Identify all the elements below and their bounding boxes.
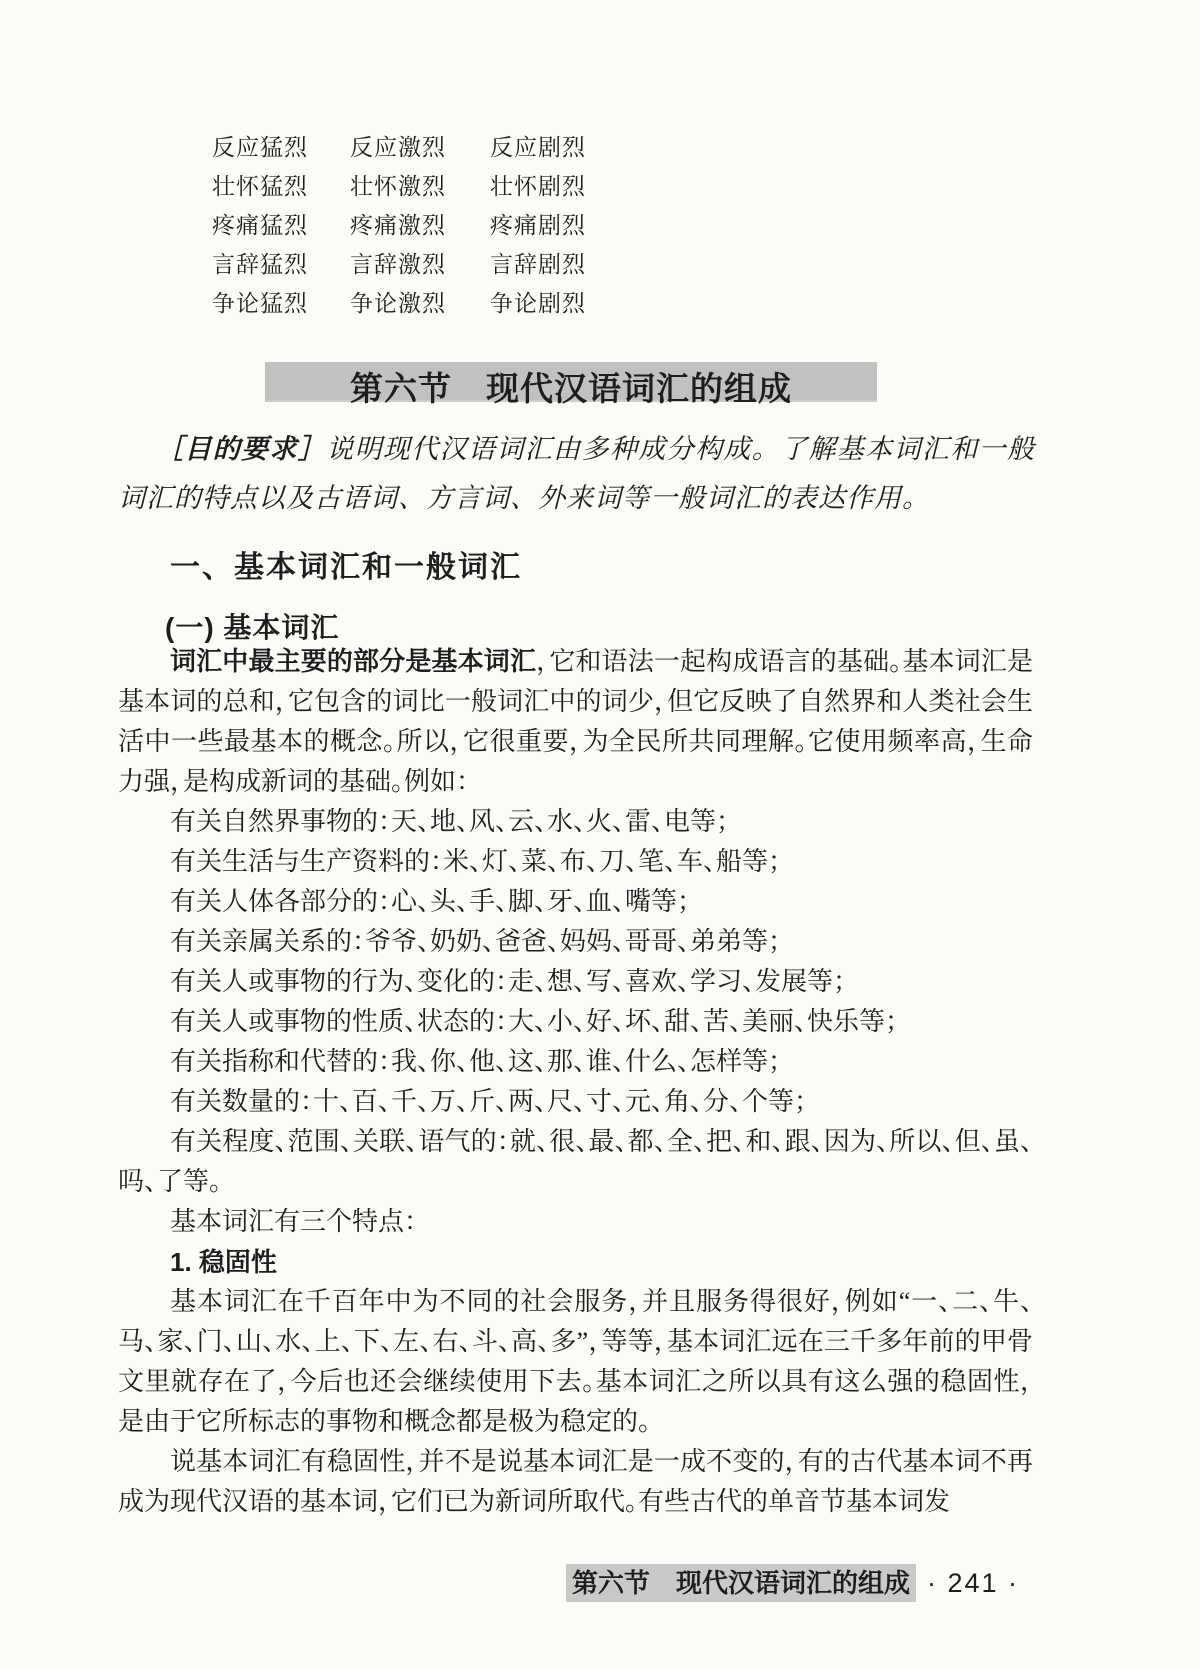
- table-cell: 言辞激烈: [350, 245, 490, 284]
- bold-lead: 词汇中最主要的部分是基本词汇: [170, 646, 536, 676]
- table-cell: 争论猛烈: [212, 284, 350, 323]
- table-cell: 争论剧烈: [490, 284, 586, 323]
- table-row: 反应猛烈 反应激烈 反应剧烈: [212, 128, 586, 167]
- heading-basic-and-general-vocabulary: 一、基本词汇和一般词汇: [170, 548, 522, 588]
- example-line: 有关人或事物的性质、状态的：大、小、好、坏、甜、苦、美丽、快乐等；: [118, 1002, 1033, 1042]
- section-title: 第六节 现代汉语词汇的组成: [265, 369, 877, 409]
- table-row: 壮怀猛烈 壮怀激烈 壮怀剧烈: [212, 167, 586, 206]
- table-cell: 壮怀剧烈: [490, 167, 586, 206]
- features-intro: 基本词汇有三个特点：: [118, 1202, 1033, 1242]
- example-line: 有关亲属关系的：爷爷、奶奶、爸爸、妈妈、哥哥、弟弟等；: [118, 922, 1033, 962]
- table-cell: 反应剧烈: [490, 128, 586, 167]
- example-line: 有关人或事物的行为、变化的：走、想、写、喜欢、学习、发展等；: [118, 962, 1033, 1002]
- paragraph-intro: 词汇中最主要的部分是基本词汇，它和语法一起构成语言的基础。基本词汇是基本词的总和…: [118, 641, 1033, 802]
- book-page: 反应猛烈 反应激烈 反应剧烈 壮怀猛烈 壮怀激烈 壮怀剧烈 疼痛猛烈 疼痛激烈 …: [0, 0, 1200, 1669]
- objective-paragraph: ［目的要求］说明现代汉语词汇由多种成分构成。了解基本词汇和一般词汇的特点以及古语…: [118, 425, 1035, 523]
- feature-heading-stability: 1. 稳固性: [118, 1242, 1033, 1282]
- table-cell: 壮怀激烈: [350, 167, 490, 206]
- table-cell: 言辞猛烈: [212, 245, 350, 284]
- table-cell: 争论激烈: [350, 284, 490, 323]
- table-cell: 言辞剧烈: [490, 245, 586, 284]
- paragraph-stability: 基本词汇在千百年中为不同的社会服务，并且服务得很好，例如“一、二、牛、马、家、门…: [118, 1282, 1033, 1442]
- example-line: 有关指称和代替的：我、你、他、这、那、谁、什么、怎样等；: [118, 1042, 1033, 1082]
- table-row: 疼痛猛烈 疼痛激烈 疼痛剧烈: [212, 206, 586, 245]
- footer-section-label: 第六节 现代汉语词汇的组成: [566, 1564, 916, 1602]
- table-cell: 疼痛剧烈: [490, 206, 586, 245]
- table-cell: 反应激烈: [350, 128, 490, 167]
- example-line: 有关人体各部分的：心、头、手、脚、牙、血、嘴等；: [118, 882, 1033, 922]
- example-line: 有关程度、范围、关联、语气的：就、很、最、都、全、把、和、跟、因为、所以、但、虽…: [118, 1122, 1033, 1202]
- example-line: 有关生活与生产资料的：米、灯、菜、布、刀、笔、车、船等；: [118, 842, 1033, 882]
- example-line: 有关自然界事物的：天、地、风、云、水、火、雷、电等；: [118, 802, 1033, 842]
- word-pairs-table: 反应猛烈 反应激烈 反应剧烈 壮怀猛烈 壮怀激烈 壮怀剧烈 疼痛猛烈 疼痛激烈 …: [212, 128, 586, 323]
- objective-label: ［目的要求］: [156, 434, 326, 464]
- table-cell: 壮怀猛烈: [212, 167, 350, 206]
- table-row: 争论猛烈 争论激烈 争论剧烈: [212, 284, 586, 323]
- body-text: 词汇中最主要的部分是基本词汇，它和语法一起构成语言的基础。基本词汇是基本词的总和…: [118, 641, 1033, 1522]
- example-line: 有关数量的：十、百、千、万、斤、两、尺、寸、元、角、分、个等；: [118, 1082, 1033, 1122]
- table-row: 言辞猛烈 言辞激烈 言辞剧烈: [212, 245, 586, 284]
- section-title-highlight: 第六节 现代汉语词汇的组成: [265, 362, 877, 402]
- paragraph-change: 说基本词汇有稳固性，并不是说基本词汇是一成不变的，有的古代基本词不再成为现代汉语…: [118, 1442, 1033, 1522]
- table-cell: 疼痛激烈: [350, 206, 490, 245]
- table-cell: 疼痛猛烈: [212, 206, 350, 245]
- page-number: · 241 ·: [927, 1564, 1019, 1602]
- table-cell: 反应猛烈: [212, 128, 350, 167]
